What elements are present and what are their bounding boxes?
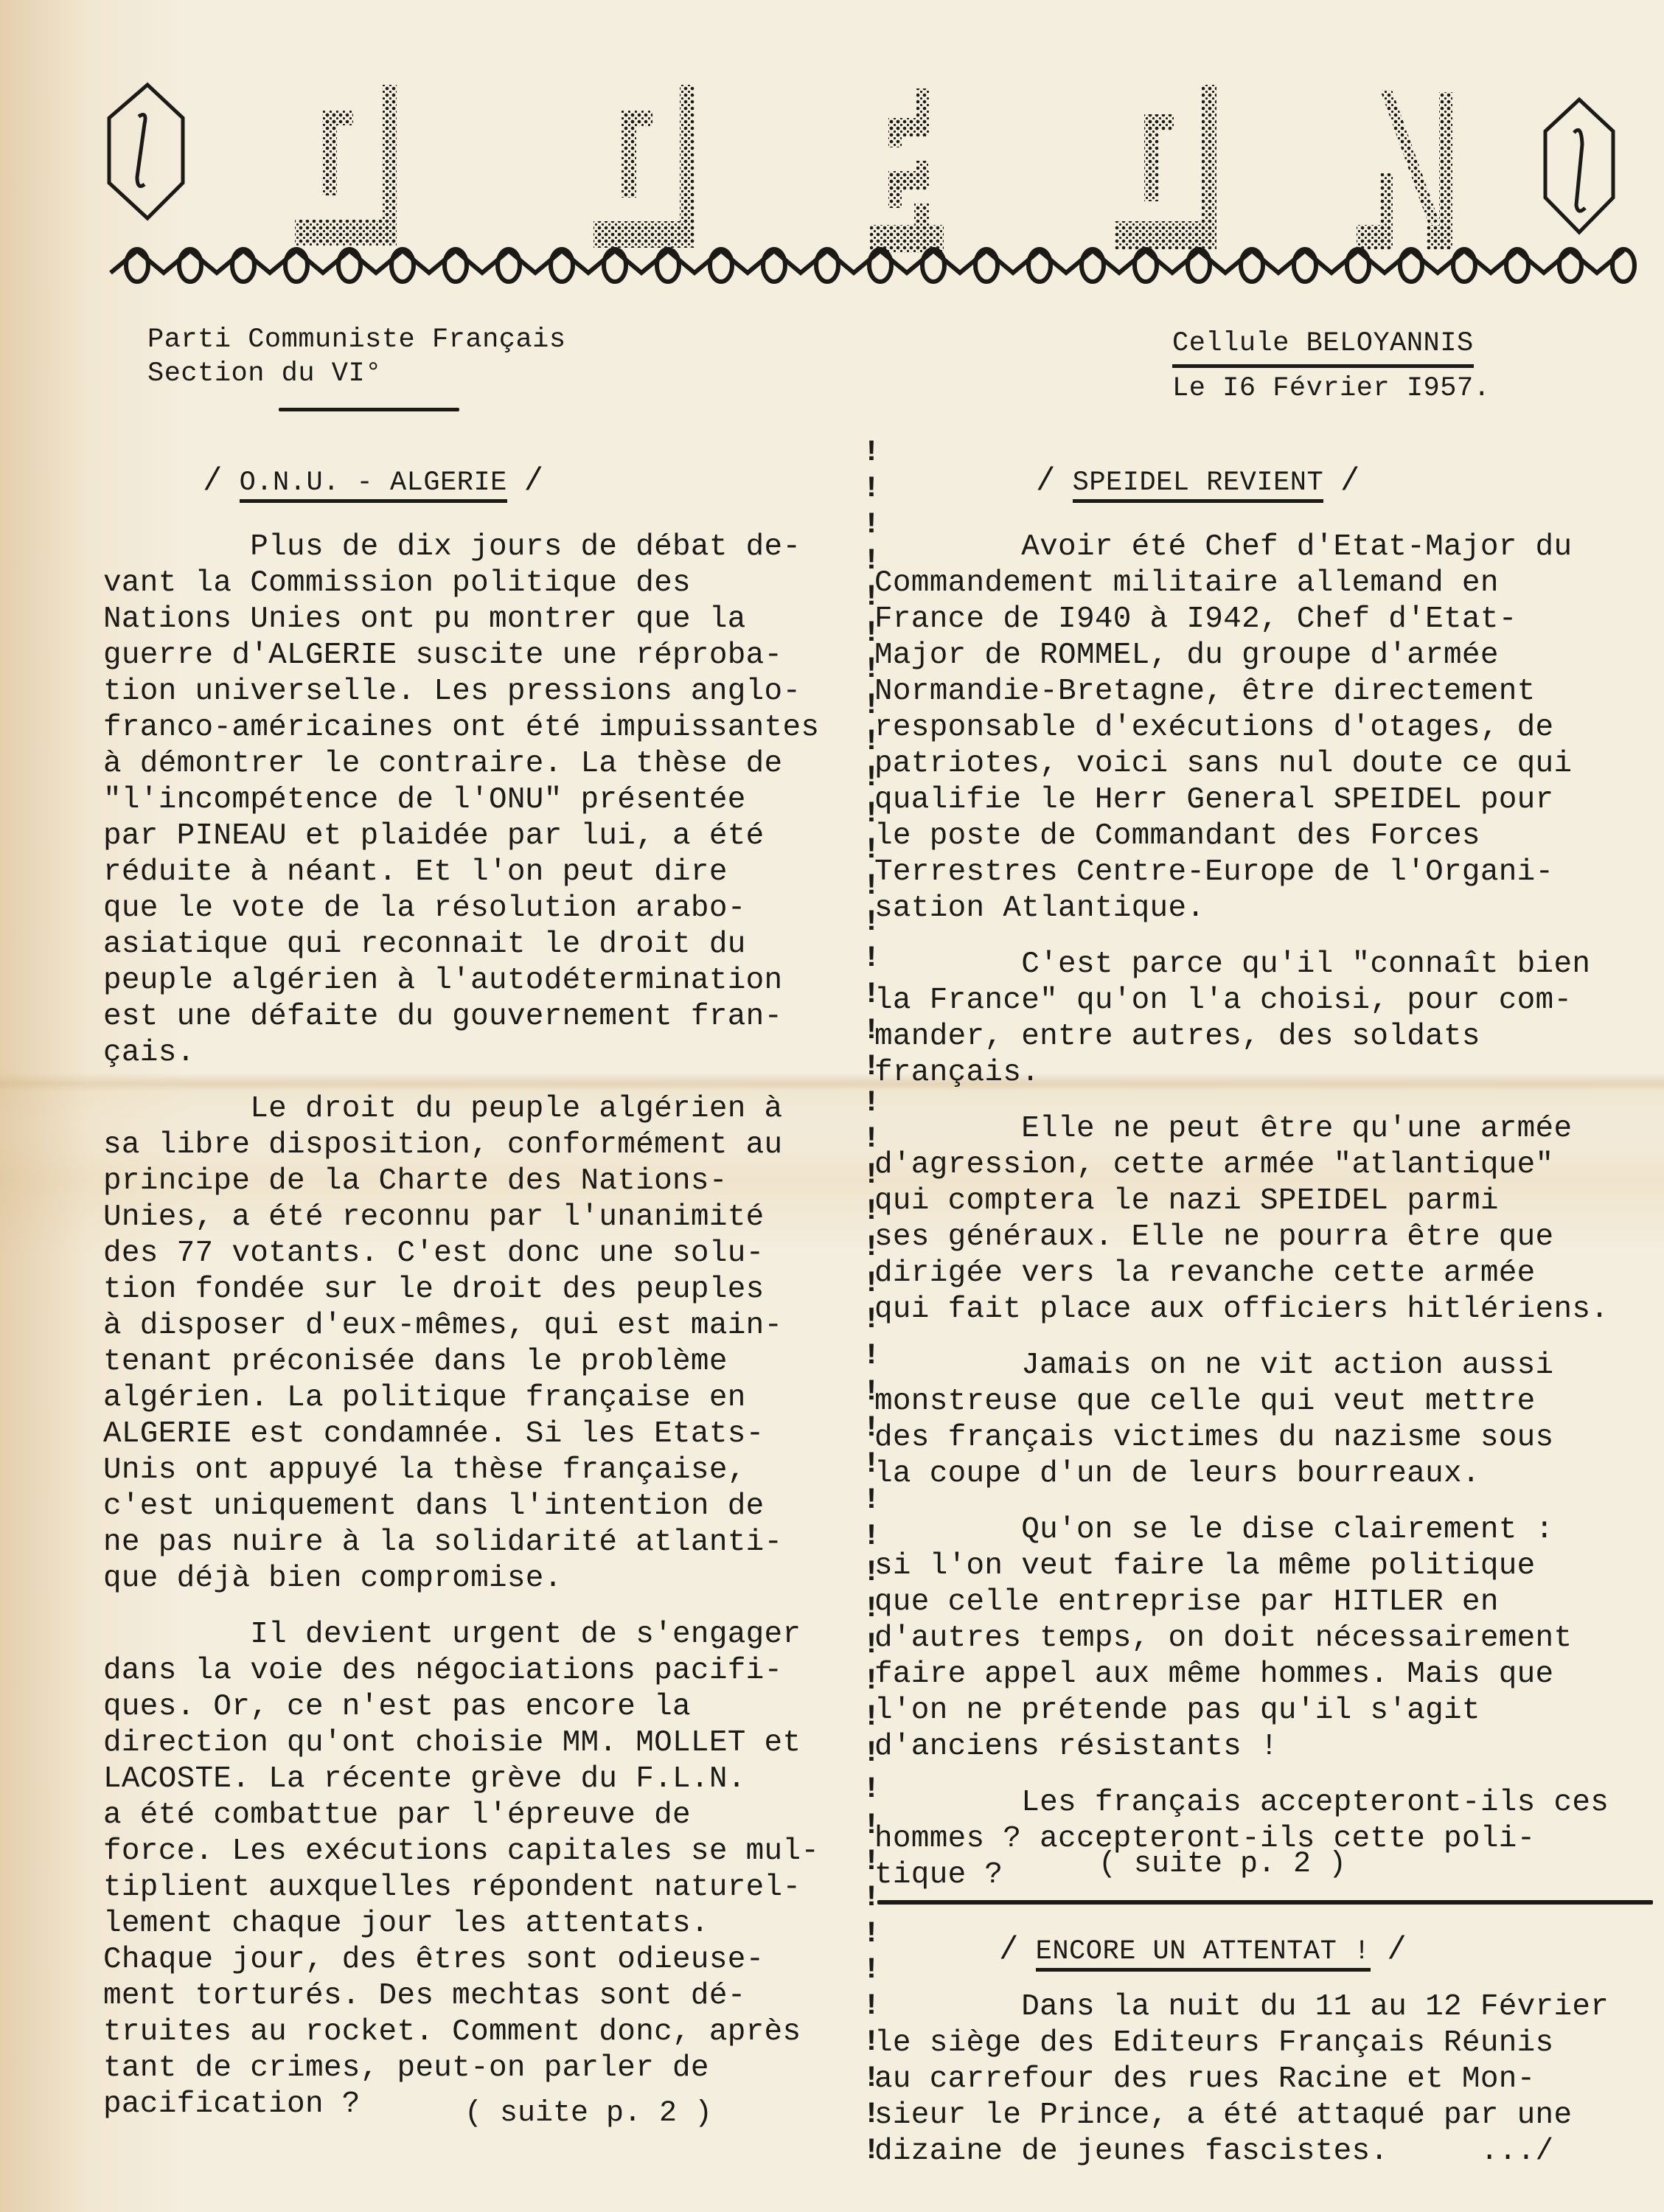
paragraph: Plus de dix jours de débat de-vant la Co…: [103, 529, 819, 1071]
text-line: l'on ne prétende pas qu'il s'agit: [874, 1693, 1609, 1729]
text-line: tiplient auxquelles répondent naturel-: [103, 1870, 819, 1906]
paragraph: Qu'on se le dise clairement :si l'on veu…: [874, 1512, 1609, 1765]
text-line: Unies, a été reconnu par l'unanimité: [103, 1200, 819, 1236]
text-line: est une défaite du gouvernement fran-: [103, 999, 819, 1035]
text-line: sieur le Prince, a été attaqué par une: [874, 2098, 1609, 2134]
column-divider: ! ! ! ! ! ! ! ! ! ! ! ! ! ! ! ! ! ! ! ! …: [863, 435, 880, 2169]
header-rule: [279, 408, 459, 411]
text-line: monstreuse que celle qui veut mettre: [874, 1384, 1609, 1420]
text-line: dans la voie des négociations pacifi-: [103, 1653, 819, 1689]
text-line: Jamais on ne vit action aussi: [874, 1348, 1609, 1384]
text-line: tenant préconisée dans le problème: [103, 1344, 819, 1380]
paragraph: Avoir été Chef d'Etat-Major duCommandeme…: [874, 529, 1609, 927]
text-line: Unis ont appuyé la thèse française,: [103, 1453, 819, 1489]
paragraph: Elle ne peut être qu'une arméed'agressio…: [874, 1111, 1609, 1328]
text-line: patriotes, voici sans nul doute ce qui: [874, 746, 1609, 782]
text-line: tion universelle. Les pressions anglo-: [103, 674, 819, 710]
section-divider-rule: [877, 1900, 1653, 1905]
continued-note: ( suite p. 2 ): [1099, 1848, 1346, 1881]
text-line: mander, entre autres, des soldats: [874, 1019, 1609, 1055]
text-line: français.: [874, 1055, 1609, 1091]
text-line: d'anciens résistants !: [874, 1729, 1609, 1765]
text-line: ses généraux. Elle ne pourra être que: [874, 1220, 1609, 1256]
text-line: le poste de Commandant des Forces: [874, 818, 1609, 855]
paragraph: C'est parce qu'il "connaît bienla France…: [874, 947, 1609, 1091]
paragraph-gap: [103, 1071, 819, 1091]
article-title-attentat: / ENCORE UN ATTENTAT ! /: [999, 1932, 1407, 1969]
paragraph-gap: [874, 1765, 1609, 1785]
text-line: que celle entreprise par HITLER en: [874, 1585, 1609, 1621]
text-line: "l'incompétence de l'ONU" présentée: [103, 782, 819, 818]
text-line: si l'on veut faire la même politique: [874, 1548, 1609, 1585]
paragraph-gap: [874, 1091, 1609, 1111]
section-name: Section du VI°: [147, 357, 566, 391]
text-line: sa libre disposition, conformément au: [103, 1127, 819, 1164]
text-line: Major de ROMMEL, du groupe d'armée: [874, 638, 1609, 674]
paragraph-gap: [874, 927, 1609, 947]
text-line: faire appel aux même hommes. Mais que: [874, 1657, 1609, 1693]
text-line: truites au rocket. Comment donc, après: [103, 2014, 819, 2051]
paragraph-gap: [874, 1492, 1609, 1512]
paragraph-gap: [103, 1597, 819, 1617]
masthead: [0, 0, 1664, 295]
text-line: direction qu'ont choisie MM. MOLLET et: [103, 1725, 819, 1761]
text-line: c'est uniquement dans l'intention de: [103, 1489, 819, 1525]
text-line: Qu'on se le dise clairement :: [874, 1512, 1609, 1548]
text-line: sation Atlantique.: [874, 891, 1609, 927]
text-line: çais.: [103, 1035, 819, 1071]
text-line: algérien. La politique française en: [103, 1380, 819, 1416]
text-line: LACOSTE. La récente grève du F.L.N.: [103, 1761, 819, 1798]
text-line: ALGERIE est condamnée. Si les Etats-: [103, 1416, 819, 1453]
party-name: Parti Communiste Français: [147, 323, 566, 357]
text-line: qui comptera le nazi SPEIDEL parmi: [874, 1183, 1609, 1220]
publisher-block: Parti Communiste Français Section du VI°: [147, 323, 566, 391]
text-line: la France" qu'on l'a choisi, pour com-: [874, 983, 1609, 1019]
issue-block: Cellule BELOYANNIS Le I6 Février I957.: [1172, 323, 1490, 409]
text-line: a été combattue par l'épreuve de: [103, 1798, 819, 1834]
text-line: par PINEAU et plaidée par lui, a été: [103, 818, 819, 855]
paragraph-gap: [874, 1328, 1609, 1348]
text-line: ment torturés. Des mechtas sont dé-: [103, 1978, 819, 2014]
text-line: responsable d'exécutions d'otages, de: [874, 710, 1609, 746]
text-line: Nations Unies ont pu montrer que la: [103, 602, 819, 638]
text-line: dizaine de jeunes fascistes. .../: [874, 2134, 1609, 2170]
paragraph: Jamais on ne vit action aussimonstreuse …: [874, 1348, 1609, 1492]
text-line: Elle ne peut être qu'une armée: [874, 1111, 1609, 1147]
text-line: qui fait place aux officiers hitlériens.: [874, 1292, 1609, 1328]
text-line: Les français accepteront-ils ces: [874, 1785, 1609, 1821]
hexagon-ornament-icon: [109, 85, 183, 218]
text-line: Plus de dix jours de débat de-: [103, 529, 819, 566]
text-line: la coupe d'un de leurs bourreaux.: [874, 1456, 1609, 1492]
masthead-title-glyphs: [295, 85, 1452, 253]
text-line: Il devient urgent de s'engager: [103, 1617, 819, 1653]
text-line: à disposer d'eux-mêmes, qui est main-: [103, 1308, 819, 1344]
text-line: C'est parce qu'il "connaît bien: [874, 947, 1609, 983]
article-title-speidel: / SPEIDEL REVIENT /: [1036, 463, 1360, 500]
paragraph: Dans la nuit du 11 au 12 Févrierle siège…: [874, 1989, 1609, 2170]
text-line: peuple algérien à l'autodétermination: [103, 963, 819, 999]
article-body-attentat: Dans la nuit du 11 au 12 Févrierle siège…: [874, 1989, 1609, 2170]
text-line: principe de la Charte des Nations-: [103, 1164, 819, 1200]
text-line: asiatique qui reconnait le droit du: [103, 927, 819, 963]
text-line: Normandie-Bretagne, être directement: [874, 674, 1609, 710]
text-line: France de I940 à I942, Chef d'Etat-: [874, 602, 1609, 638]
text-line: d'agression, cette armée "atlantique": [874, 1147, 1609, 1183]
text-line: Le droit du peuple algérien à: [103, 1091, 819, 1127]
text-line: lement chaque jour les attentats.: [103, 1906, 819, 1942]
text-line: qualifie le Herr General SPEIDEL pour: [874, 782, 1609, 818]
article-title-onu-algerie: / O.N.U. - ALGERIE /: [203, 463, 544, 500]
text-line: que déjà bien compromise.: [103, 1561, 819, 1597]
text-line: franco-américaines ont été impuissantes: [103, 710, 819, 746]
hexagon-ornament-icon: [1545, 100, 1613, 232]
text-line: d'autres temps, on doit nécessairement: [874, 1621, 1609, 1657]
text-line: Avoir été Chef d'Etat-Major du: [874, 529, 1609, 566]
paragraph: Il devient urgent de s'engagerdans la vo…: [103, 1617, 819, 2123]
text-line: au carrefour des rues Racine et Mon-: [874, 2062, 1609, 2098]
text-line: guerre d'ALGERIE suscite une réproba-: [103, 638, 819, 674]
text-line: que le vote de la résolution arabo-: [103, 891, 819, 927]
zigzag-circle-border: [111, 249, 1635, 282]
text-line: le siège des Editeurs Français Réunis: [874, 2025, 1609, 2062]
article-body-speidel: Avoir été Chef d'Etat-Major duCommandeme…: [874, 529, 1609, 1893]
text-line: Chaque jour, des êtres sont odieuse-: [103, 1942, 819, 1978]
text-line: Commandement militaire allemand en: [874, 566, 1609, 602]
text-line: à démontrer le contraire. La thèse de: [103, 746, 819, 782]
text-line: ne pas nuire à la solidarité atlanti-: [103, 1525, 819, 1561]
text-line: dirigée vers la revanche cette armée: [874, 1256, 1609, 1292]
text-line: ques. Or, ce n'est pas encore la: [103, 1689, 819, 1725]
text-line: vant la Commission politique des: [103, 566, 819, 602]
article-body-onu-algerie: Plus de dix jours de débat de-vant la Co…: [103, 529, 819, 2123]
text-line: force. Les exécutions capitales se mul-: [103, 1834, 819, 1870]
text-line: tant de crimes, peut-on parler de: [103, 2051, 819, 2087]
paragraph: Le droit du peuple algérien àsa libre di…: [103, 1091, 819, 1597]
text-line: des 77 votants. C'est donc une solu-: [103, 1236, 819, 1272]
text-line: Terrestres Centre-Europe de l'Organi-: [874, 855, 1609, 891]
text-line: tion fondée sur le droit des peuples: [103, 1272, 819, 1308]
text-line: réduite à néant. Et l'on peut dire: [103, 855, 819, 891]
cell-name: Cellule BELOYANNIS: [1172, 323, 1474, 368]
text-line: des français victimes du nazisme sous: [874, 1420, 1609, 1456]
issue-date: Le I6 Février I957.: [1172, 368, 1490, 409]
text-line: Dans la nuit du 11 au 12 Février: [874, 1989, 1609, 2025]
continued-note: ( suite p. 2 ): [464, 2097, 712, 2130]
